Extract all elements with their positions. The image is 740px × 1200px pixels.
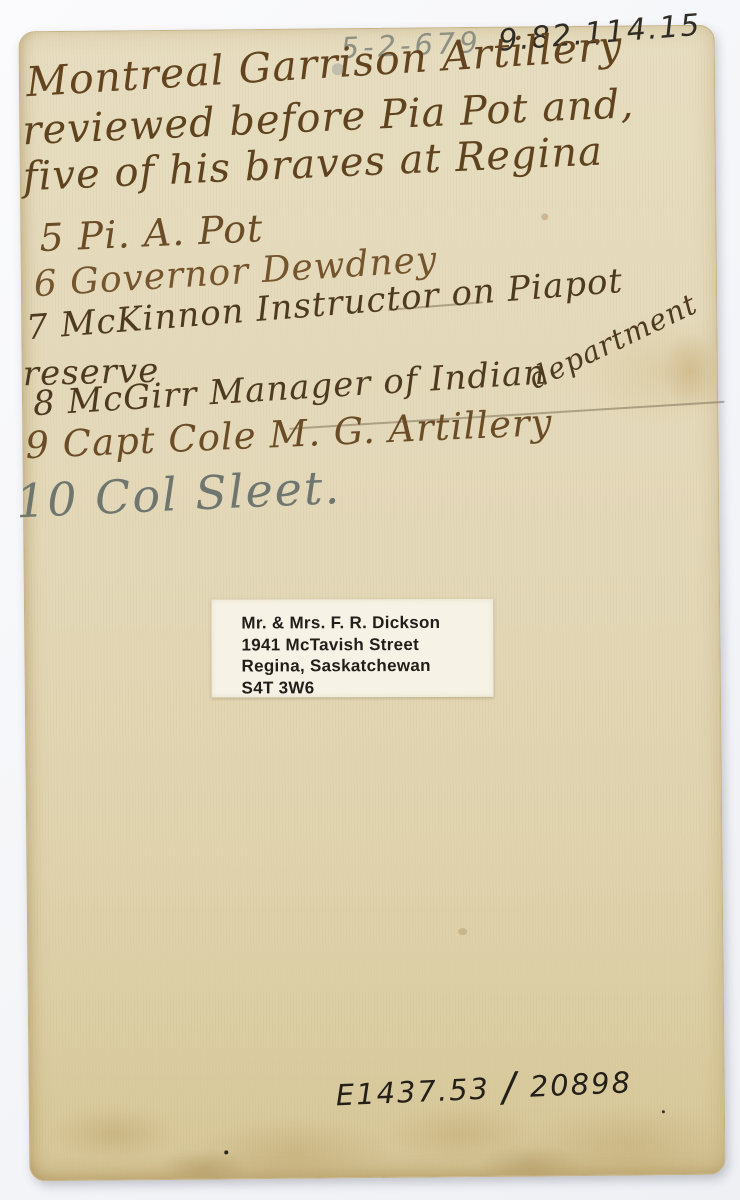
- list-item-10-col-sleet: 10 Col Sleet.: [15, 460, 342, 528]
- address-label-city: Regina, Saskatchewan: [241, 655, 493, 677]
- paper-speck: [458, 928, 467, 935]
- scanned-photo-back: { "page": { "background": "#f4f5f8" }, "…: [0, 0, 740, 1200]
- address-label-name: Mr. & Mrs. F. R. Dickson: [241, 612, 493, 634]
- museum-catalog-slash: /: [501, 1064, 519, 1111]
- address-label: Mr. & Mrs. F. R. Dickson 1941 McTavish S…: [211, 599, 493, 698]
- address-label-postal-code: S4T 3W6: [242, 676, 494, 698]
- paper-speck: [332, 63, 344, 75]
- museum-catalog-prefix: E1437.53: [335, 1072, 491, 1113]
- paper-speck: [662, 1110, 665, 1113]
- address-label-street: 1941 McTavish Street: [241, 633, 493, 655]
- photo-card-back: 5-2-679 9.82.114.15 Montreal Garrison Ar…: [18, 25, 725, 1182]
- paper-speck: [224, 1150, 228, 1154]
- paper-speck: [541, 213, 548, 220]
- museum-catalog-suffix: 20898: [529, 1065, 633, 1104]
